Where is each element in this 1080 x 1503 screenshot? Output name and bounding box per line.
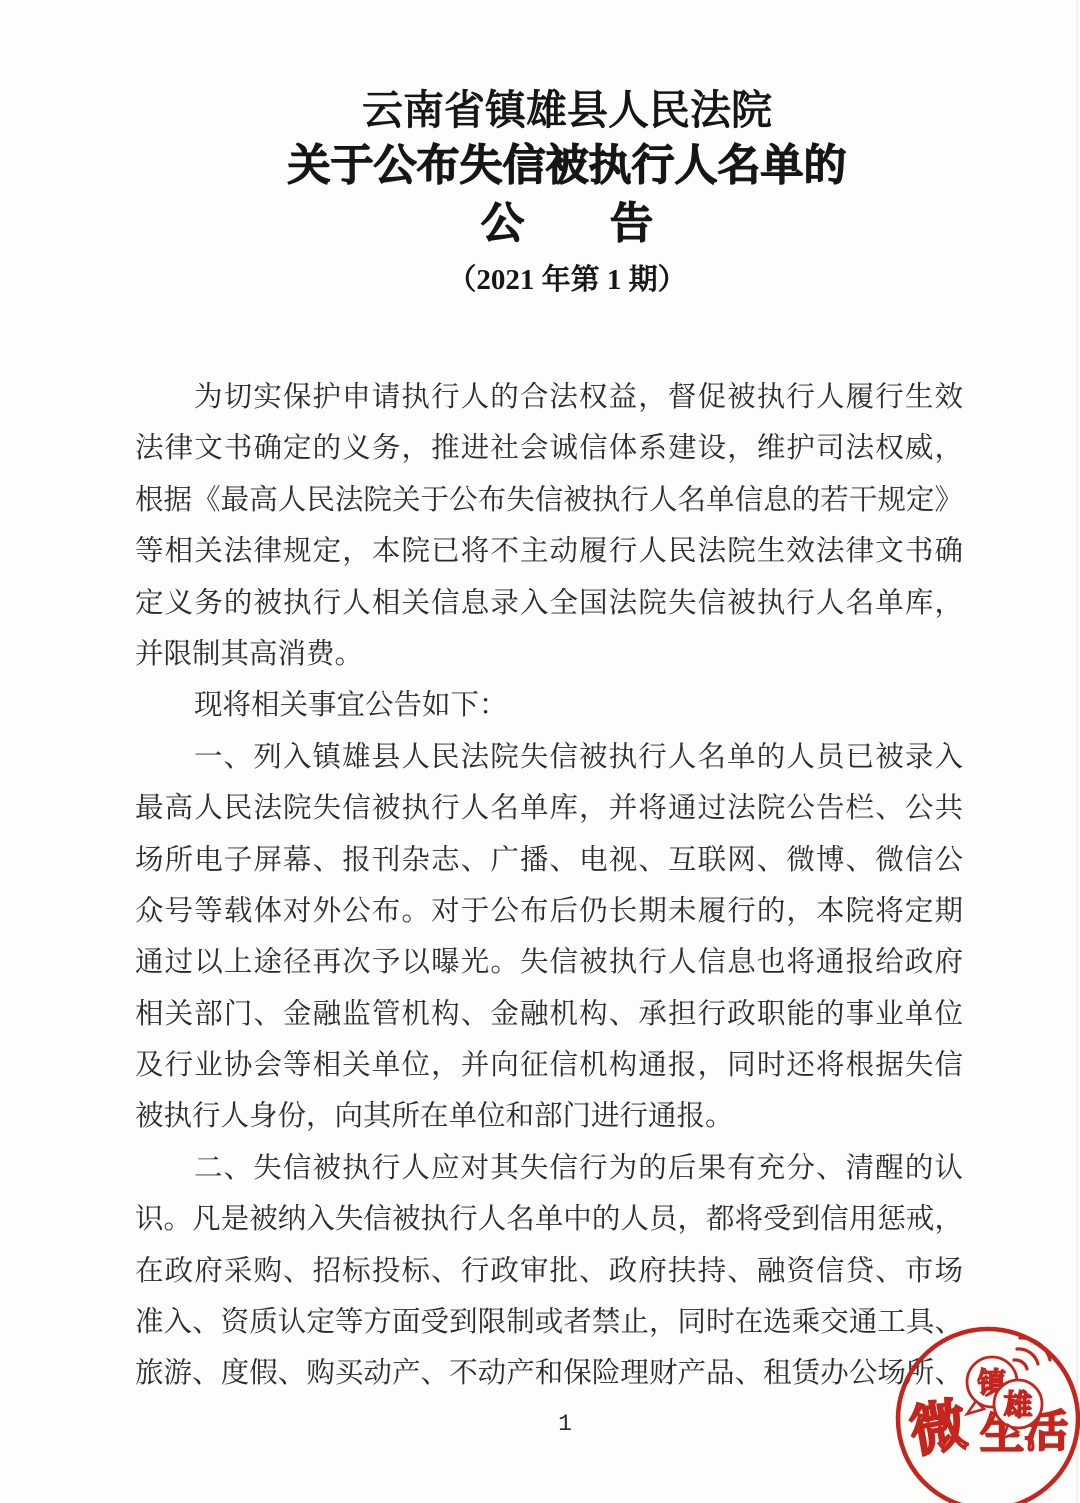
announcement-heading: 公 告 bbox=[135, 197, 999, 253]
body-line: 并限制其高消费。 bbox=[135, 629, 963, 680]
body-line: 在政府采购、招标投标、行政审批、政府扶持、融资信贷、市场 bbox=[135, 1246, 963, 1297]
body-line: 及行业协会等相关单位，并向征信机构通报，同时还将根据失信 bbox=[135, 1040, 963, 1091]
body-line: 等相关法律规定，本院已将不主动履行人民法院生效法律文书确 bbox=[135, 526, 963, 577]
body-line: 场所电子屏幕、报刊杂志、广播、电视、互联网、微博、微信公 bbox=[135, 835, 963, 886]
body-line: 准入、资质认定等方面受到限制或者禁止，同时在选乘交通工具、 bbox=[135, 1297, 963, 1348]
body-line: 相关部门、金融监管机构、金融机构、承担行政职能的事业单位 bbox=[135, 989, 963, 1040]
scan-edge-line bbox=[1076, 0, 1078, 1503]
issue-number: （2021 年第 1 期） bbox=[135, 258, 999, 302]
body-line: 一、列入镇雄县人民法院失信被执行人名单的人员已被录入 bbox=[135, 732, 963, 783]
paragraph: 现将相关事宜公告如下： bbox=[135, 680, 963, 731]
paragraph: 为切实保护申请执行人的合法权益，督促被执行人履行生效 法律文书确定的义务，推进社… bbox=[135, 372, 963, 680]
body-line: 二、失信被执行人应对其失信行为的后果有充分、清醒的认 bbox=[135, 1143, 963, 1194]
document-subject: 关于公布失信被执行人名单的 bbox=[135, 139, 999, 195]
zhenxiong-weishenghuo-stamp-icon: 微 生 活 镇 雄 bbox=[890, 1320, 1080, 1503]
body-line: 现将相关事宜公告如下： bbox=[135, 680, 963, 731]
stamp-bubble-char: 雄 bbox=[1003, 1389, 1032, 1422]
body-line: 根据《最高人民法院关于公布失信被执行人名单信息的若干规定》 bbox=[135, 475, 963, 526]
body-line: 为切实保护申请执行人的合法权益，督促被执行人履行生效 bbox=[135, 372, 963, 423]
paragraph: 二、失信被执行人应对其失信行为的后果有充分、清醒的认 识。凡是被纳入失信被执行人… bbox=[135, 1143, 963, 1400]
body-line: 众号等载体对外公布。对于公布后仍长期未履行的，本院将定期 bbox=[135, 886, 963, 937]
body-line: 最高人民法院失信被执行人名单库，并将通过法院公告栏、公共 bbox=[135, 783, 963, 834]
paragraph: 一、列入镇雄县人民法院失信被执行人名单的人员已被录入 最高人民法院失信被执行人名… bbox=[135, 732, 963, 1143]
court-name: 云南省镇雄县人民法院 bbox=[135, 84, 999, 136]
stamp-label-char: 微 bbox=[905, 1392, 971, 1466]
body-line: 旅游、度假、购买动产、不动产和保险理财产品、租赁办公场所、 bbox=[135, 1348, 963, 1399]
page-number: 1 bbox=[135, 1406, 995, 1442]
body-line: 通过以上途径再次予以曝光。失信被执行人信息也将通报给政府 bbox=[135, 937, 963, 988]
body-line: 法律文书确定的义务，推进社会诚信体系建设，维护司法权威， bbox=[135, 423, 963, 474]
body-text: 为切实保护申请执行人的合法权益，督促被执行人履行生效 法律文书确定的义务，推进社… bbox=[135, 372, 963, 1400]
body-line: 定义务的被执行人相关信息录入全国法院失信被执行人名单库， bbox=[135, 578, 963, 629]
body-line: 被执行人身份，向其所在单位和部门进行通报。 bbox=[135, 1091, 963, 1142]
body-line: 识。凡是被纳入失信被执行人名单中的人员，都将受到信用惩戒， bbox=[135, 1194, 963, 1245]
scanned-document-page: 云南省镇雄县人民法院 关于公布失信被执行人名单的 公 告 （2021 年第 1 … bbox=[0, 0, 1080, 1503]
